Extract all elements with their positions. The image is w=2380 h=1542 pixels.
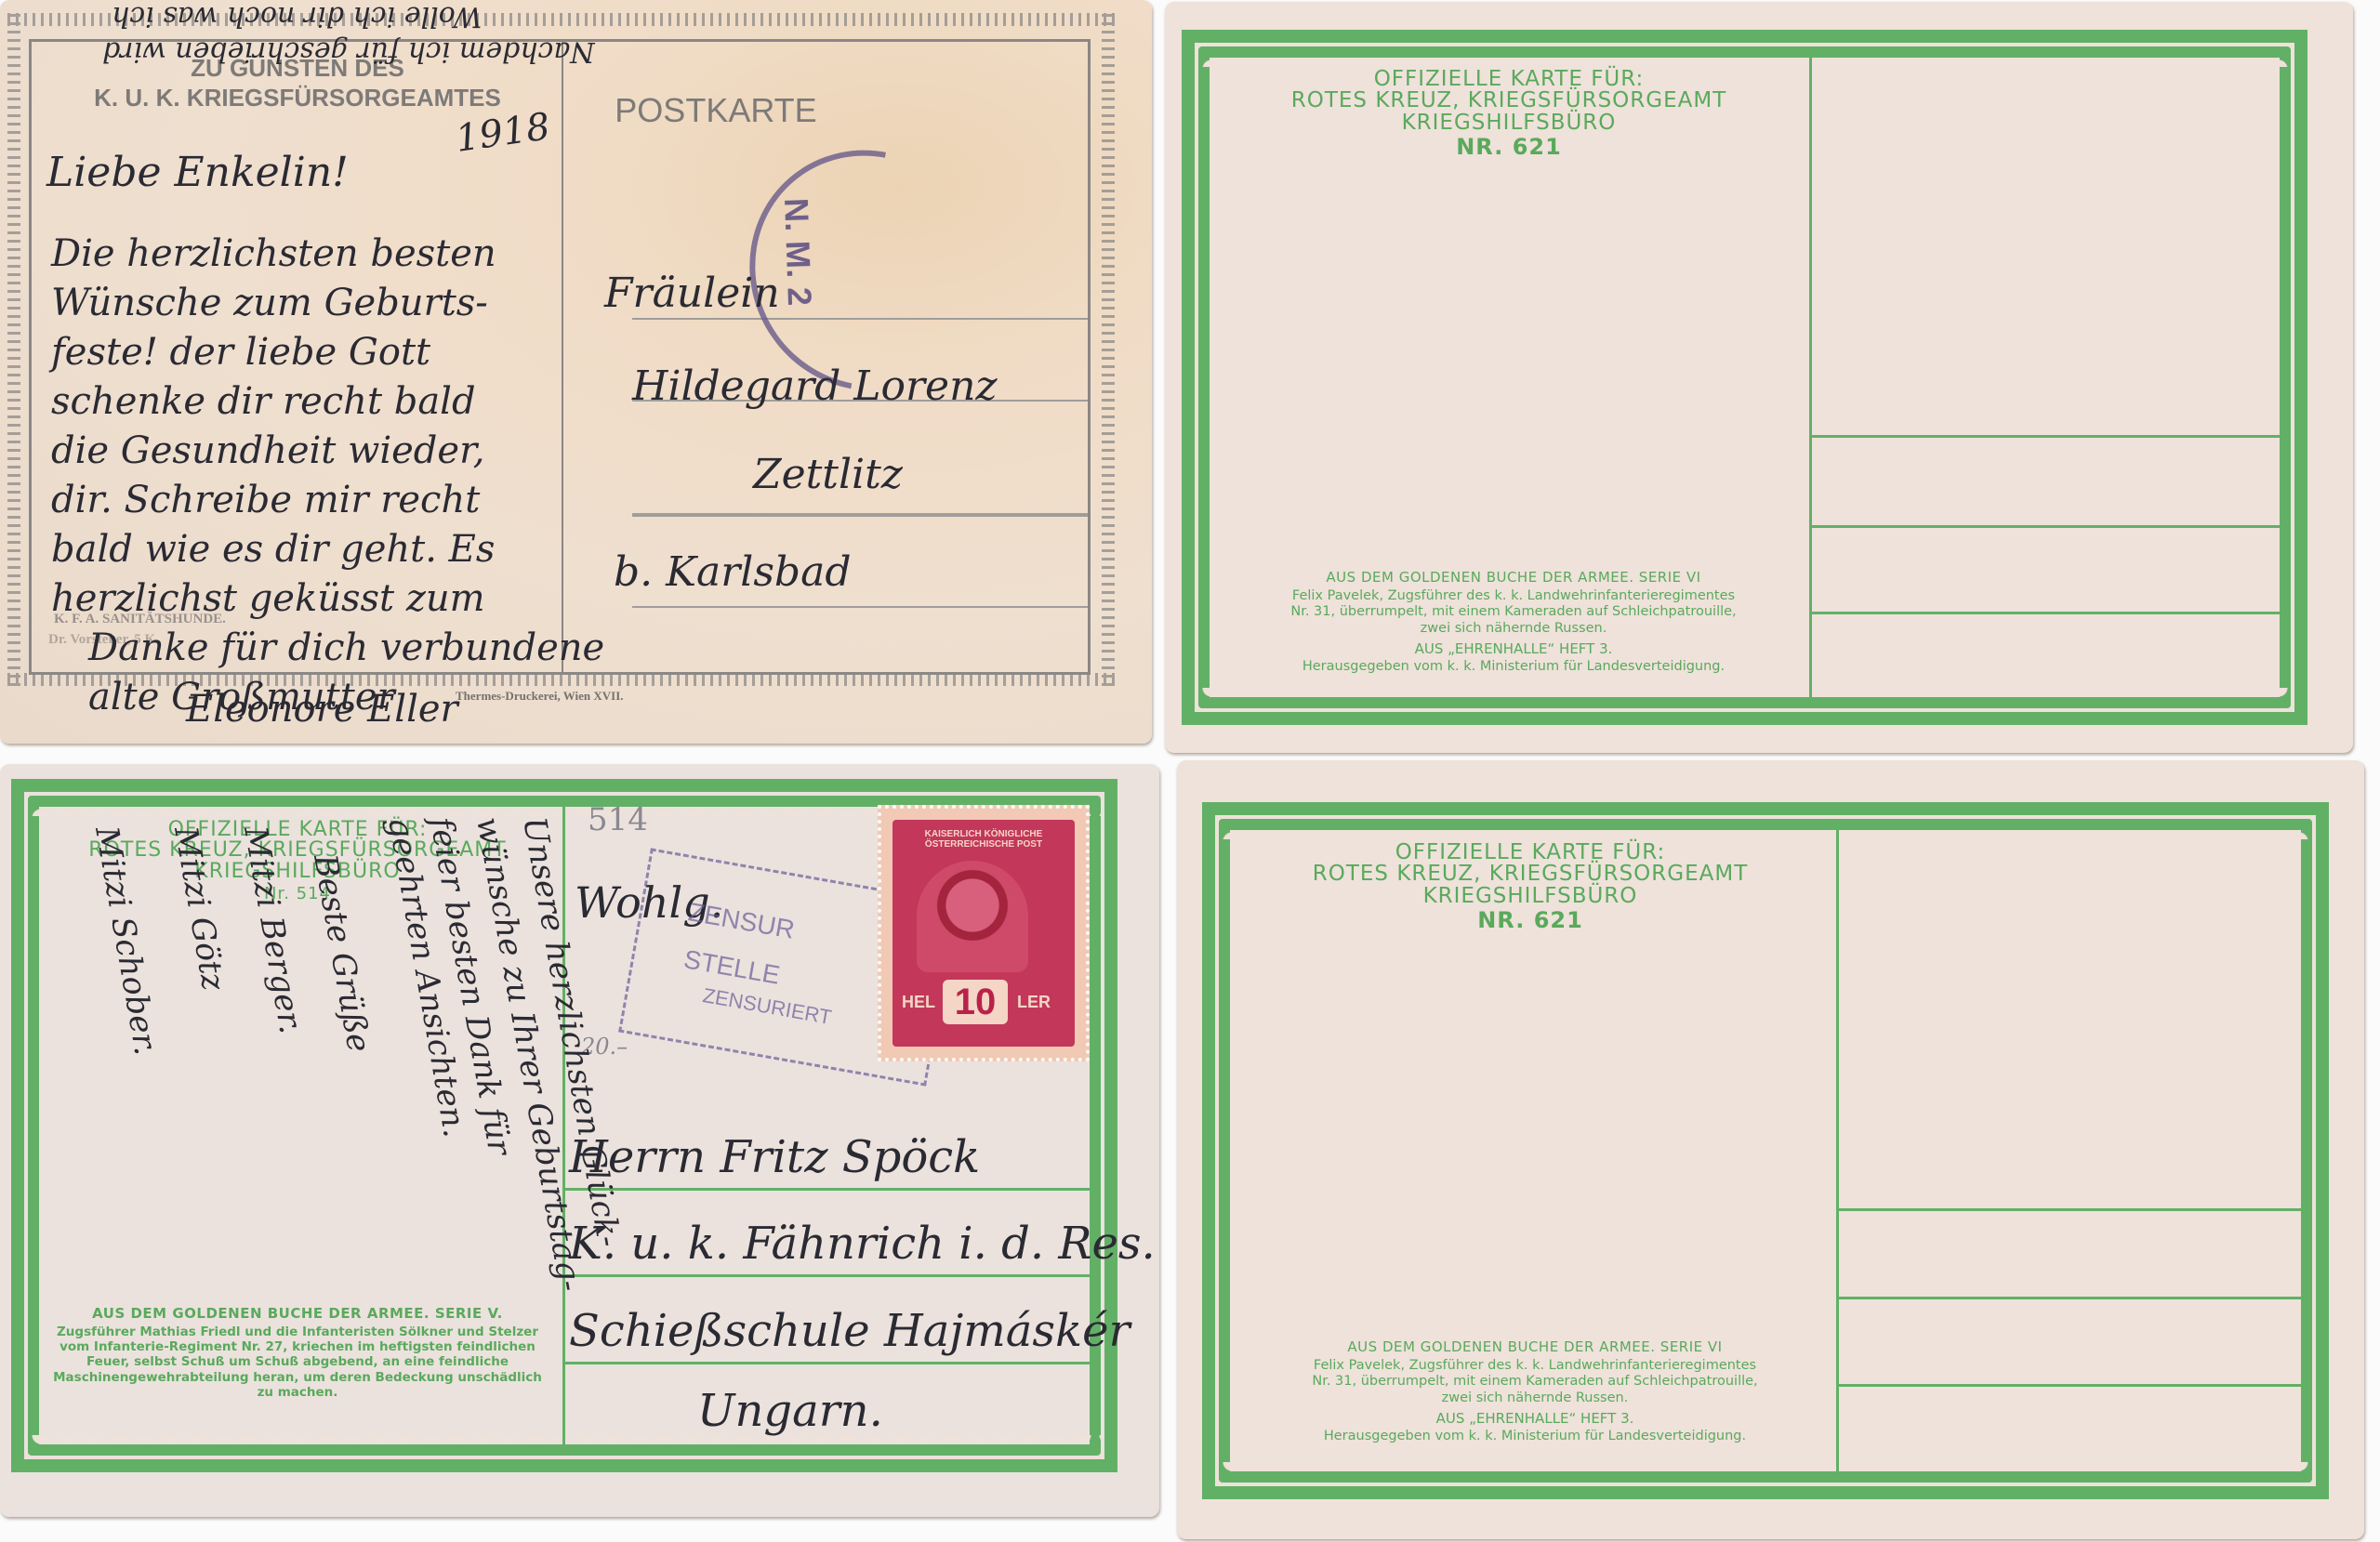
footer-body: Nr. 31, überrumpelt, mit einem Kameraden… (1242, 1374, 1828, 1390)
address-line (564, 1188, 1091, 1191)
message-address-divider (562, 39, 563, 675)
header-line: ROTES KREUZ, KRIEGSFÜRSORGEAMT (1242, 863, 1818, 885)
handwriting-line: Herrn Fritz Spöck (569, 1131, 980, 1183)
pencil-note: 514 (588, 801, 648, 838)
handwriting-top-upside-down: Nachdem ich für geschrieben wird (102, 35, 595, 68)
handwriting-line: Schießschule Hajmáskér (569, 1305, 1130, 1357)
footer-source: AUS „EHRENHALLE“ HEFT 3. (1242, 1410, 1828, 1427)
card-footer: AUS DEM GOLDENEN BUCHE DER ARMEE. SERIE … (37, 1305, 558, 1400)
crown-icon (917, 861, 1028, 972)
address-line (1838, 1384, 2308, 1387)
postmark-text: N. M. 2 (776, 197, 819, 306)
footer-body: Nr. 31, überrumpelt, mit einem Kameraden… (1221, 604, 1806, 620)
handwriting-line: Wünsche zum Geburts- (51, 282, 488, 324)
handwriting-line: dir. Schreibe mir recht (51, 479, 480, 521)
stamp-hel: HEL (902, 993, 935, 1012)
handwriting-line: Die herzlichsten besten (51, 232, 496, 275)
stamp-ler: LER (1017, 993, 1051, 1012)
handwriting-line: Ungarn. (697, 1385, 883, 1437)
stamp-inscription: KAISERLICH KÖNIGLICHE ÖSTERREICHISCHE PO… (900, 829, 1067, 850)
footer-body: Felix Pavelek, Zugsführer des k. k. Land… (1221, 588, 1806, 604)
header-line: KRIEGSHILFSBÜRO (1221, 112, 1797, 134)
printer-mark-bottom: Thermes-Druckerei, Wien XVII. (456, 689, 624, 704)
handwriting-top-upside-down: Wolle ich dir noch was ich (112, 0, 483, 33)
footer-title: AUS DEM GOLDENEN BUCHE DER ARMEE. SERIE … (37, 1305, 558, 1322)
card-header: OFFIZIELLE KARTE FÜR: ROTES KREUZ, KRIEG… (1221, 69, 1797, 159)
stamp-value: 10 (943, 980, 1008, 1024)
message-address-divider (1809, 58, 1812, 699)
address-line (564, 1274, 1091, 1277)
header-line: KRIEGSHILFSBÜRO (1242, 886, 1818, 907)
card-number: NR. 621 (1221, 136, 1797, 158)
address-line (632, 606, 1088, 608)
address-line (1838, 1297, 2308, 1299)
handwriting-line: die Gesundheit wieder, (51, 429, 485, 472)
handwriting-signature: Eleonore Eller (186, 688, 458, 731)
handwriting-line: Fräulein (604, 270, 780, 317)
footer-publisher: Herausgegeben vom k. k. Ministerium für … (1242, 1429, 1828, 1444)
address-line (564, 1362, 1091, 1364)
postcard-nr-621-b: OFFIZIELLE KARTE FÜR: ROTES KREUZ, KRIEG… (1177, 760, 2364, 1539)
footer-body: Zugsführer Mathias Friedl und die Infant… (37, 1325, 558, 1339)
address-line (1838, 1208, 2308, 1211)
footer-source: AUS „EHRENHALLE“ HEFT 3. (1221, 640, 1806, 657)
footer-body: Maschinengewehrabteilung heran, um deren… (37, 1370, 558, 1385)
postage-stamp-10-heller: KAISERLICH KÖNIGLICHE ÖSTERREICHISCHE PO… (878, 805, 1090, 1061)
handwriting-line: Hildegard Lorenz (632, 362, 998, 410)
footer-body: zu machen. (37, 1385, 558, 1400)
postkarte-title: POSTKARTE (595, 91, 837, 130)
footer-body: zwei sich nähernde Russen. (1221, 621, 1806, 637)
handwriting-line: feste! der liebe Gott (51, 331, 430, 374)
handwriting-greeting: Liebe Enkelin! (46, 149, 349, 196)
footer-body: Feuer, selbst Schuß um Schuß abgebend, a… (37, 1354, 558, 1369)
header-line: OFFIZIELLE KARTE FÜR: (1221, 69, 1797, 90)
handwriting-line: Danke für dich verbundene (88, 626, 604, 669)
card-footer: AUS DEM GOLDENEN BUCHE DER ARMEE. SERIE … (1221, 569, 1806, 676)
address-line (1811, 435, 2280, 438)
handwriting-line: schenke dir recht bald (51, 380, 476, 423)
card-footer: AUS DEM GOLDENEN BUCHE DER ARMEE. SERIE … (1242, 1338, 1828, 1445)
footer-body: vom Infanterie-Regiment Nr. 27, kriechen… (37, 1339, 558, 1354)
address-line (1811, 612, 2280, 614)
footer-body: Felix Pavelek, Zugsführer des k. k. Land… (1242, 1358, 1828, 1374)
header-line: ROTES KREUZ, KRIEGSFÜRSORGEAMT (1221, 90, 1797, 112)
footer-publisher: Herausgegeben vom k. k. Ministerium für … (1221, 659, 1806, 675)
handwriting-line: bald wie es dir geht. Es (51, 528, 495, 571)
message-address-divider (1836, 830, 1839, 1473)
postcard-kriegsfuersorgeamt: ZU GUNSTEN DES K. U. K. KRIEGSFÜRSORGEAM… (0, 0, 1152, 744)
handwriting-line: b. Karlsbad (614, 548, 852, 596)
address-line (632, 513, 1088, 517)
header-line2: K. U. K. KRIEGSFÜRSORGEAMTES (37, 84, 558, 112)
footer-title: AUS DEM GOLDENEN BUCHE DER ARMEE. SERIE … (1242, 1338, 1828, 1355)
handwriting-line: Zettlitz (753, 451, 903, 498)
postcard-nr-621-a: OFFIZIELLE KARTE FÜR: ROTES KREUZ, KRIEG… (1165, 2, 2353, 753)
handwriting-line: herzlichst geküsst zum (51, 577, 485, 620)
footer-title: AUS DEM GOLDENEN BUCHE DER ARMEE. SERIE … (1221, 569, 1806, 586)
header-line: OFFIZIELLE KARTE FÜR: (1242, 842, 1818, 863)
card-header: OFFIZIELLE KARTE FÜR: ROTES KREUZ, KRIEG… (1242, 842, 1818, 932)
address-line (1811, 525, 2280, 528)
handwriting-line: K. u. k. Fähnrich i. d. Res. (569, 1218, 1156, 1270)
card-number: NR. 621 (1242, 909, 1818, 931)
footer-body: zwei sich nähernde Russen. (1242, 1390, 1828, 1406)
